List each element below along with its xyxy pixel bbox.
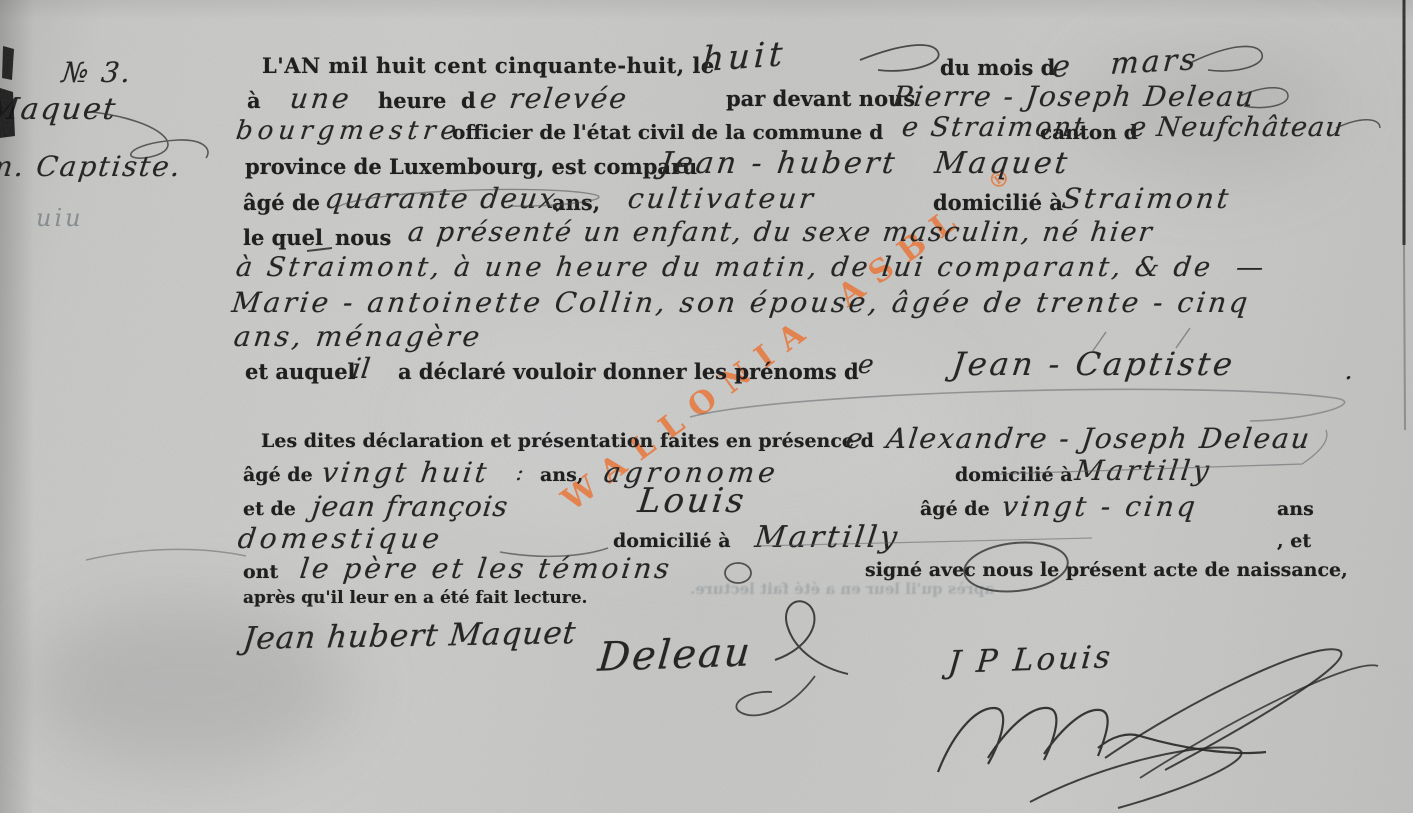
line5-printed-age: âgé de — [243, 192, 320, 214]
line2-hand-officer: Pierre - Joseph Deleau — [891, 82, 1257, 111]
line10-printed-prenoms: a déclaré vouloir donner les prénoms d — [398, 361, 859, 383]
line3-printed-canton: canton d — [1040, 122, 1138, 143]
line9-hand-mother2: ans, ménagère — [232, 322, 484, 351]
line5-hand-domicile: Straimont — [1060, 184, 1233, 213]
officer-signature-flourish — [736, 676, 815, 715]
line15-printed-ont: ont — [243, 563, 278, 583]
line11-printed-declaration: Les dites déclaration et présentation fa… — [261, 432, 874, 452]
line10-printed-auquel: et auquel — [245, 361, 356, 383]
line14-printed-domicile: domicilié à — [613, 532, 731, 552]
line12-hand-age: vingt huit — [320, 458, 491, 487]
signature-loop — [1140, 665, 1378, 778]
line2-hand-hour: une — [288, 84, 353, 113]
pencil-curve — [86, 549, 246, 560]
margin-check-mark: uiu — [36, 206, 84, 231]
hand-flourish — [860, 45, 939, 71]
pencil-ellipse — [690, 389, 1345, 421]
signature-officer: Deleau — [596, 631, 753, 679]
line2-printed-devant: par devant nous — [726, 88, 915, 110]
line12-hand-domicile: Martilly — [1073, 456, 1213, 485]
margin-surname: Maquet — [0, 94, 119, 126]
verso-lecture-line: après qu'il leur en a été fait lecture. — [690, 580, 994, 598]
line11-hand-witness1: e Alexandre - Joseph Deleau — [844, 424, 1313, 453]
line1-hand-day: huit — [701, 37, 787, 79]
line4-hand-declarant: Jean - hubert Maquet — [658, 148, 1072, 180]
line14-hand-domicile: Martilly — [753, 522, 902, 554]
line4-printed-province: province de Luxembourg, est comparu — [245, 156, 697, 178]
line12-hand-dots: : — [515, 462, 525, 485]
line13-printed-age: âgé de — [920, 500, 990, 520]
right-page-edge — [1404, 245, 1405, 430]
line14-printed-et: , et — [1277, 532, 1311, 552]
witness-signature-scrawl — [938, 708, 1266, 772]
line7-hand-birth: à Straimont, à une heure du matin, de lu… — [234, 254, 1268, 282]
hand-flourish — [1192, 46, 1262, 71]
line2-printed-a: à — [247, 90, 261, 112]
line13-printed-ans: ans — [1277, 500, 1314, 520]
witness-signature-scrawl — [1030, 748, 1242, 808]
line13-printed-etde: et de — [243, 500, 296, 520]
line2-hand-relevee: e relevée — [478, 84, 630, 113]
line12-printed-ans: ans, — [540, 466, 583, 486]
line15-hand-signers: le père et les témoins — [298, 554, 673, 583]
document-page: WALLONIA ASBL ® № 3.Maquetm. Captiste.ui… — [0, 0, 1413, 813]
line5-hand-profession: cultivateur — [626, 184, 817, 213]
line1-hand-month: e mars — [1051, 44, 1199, 83]
line12-printed-domicile: domicilié à — [955, 466, 1073, 486]
margin-given-name: m. Captiste. — [0, 152, 184, 181]
line12-printed-age: âgé de — [243, 466, 313, 486]
line5-printed-domicile: domicilié à — [933, 192, 1063, 214]
line5-printed-ans: ans, — [552, 192, 600, 214]
line16-printed-lecture: après qu'il leur en a été fait lecture. — [243, 590, 587, 608]
signature-father: Jean hubert Maquet — [241, 617, 578, 655]
line10-hand-e: e — [856, 352, 875, 379]
line1-printed-year: L'AN mil huit cent cinquante-huit, le — [262, 55, 715, 77]
line3-hand-bourgmestre: bourgmestre — [234, 118, 462, 145]
line6-printed-lequel: le quel — [243, 227, 323, 249]
line10-hand-period: . — [1343, 358, 1355, 385]
line10-hand-childname: Jean - Captiste — [950, 348, 1237, 382]
officer-signature-flourish — [775, 601, 848, 674]
line3-printed-officier: officier de l'état civil de la commune d — [452, 122, 883, 143]
line8-hand-mother: Marie - antoinette Collin, son épouse, â… — [230, 288, 1252, 317]
scan-shadow-top — [0, 0, 1413, 20]
line6-hand-presente: a présenté un enfant, du sexe masculin, … — [406, 219, 1155, 247]
line3-hand-canton: e Neufchâteau — [1128, 114, 1345, 142]
line6-printed-nous: nous — [335, 227, 391, 249]
line2-printed-heure: heure d — [378, 90, 476, 112]
line13-hand-age: vingt - cinq — [1000, 492, 1199, 521]
line1-printed-month: du mois d — [940, 57, 1055, 79]
signature-witness-louis: J P Louis — [947, 641, 1115, 679]
line13-hand-witness2: jean françois — [310, 492, 510, 521]
line10-hand-il: il — [350, 354, 372, 383]
line14-hand-profession: domestique — [236, 524, 445, 553]
act-number: № 3. — [60, 58, 134, 87]
signature-loop — [1105, 649, 1341, 770]
line15-printed-signe: signé avec nous le présent acte de naiss… — [865, 561, 1348, 581]
left-edge-artifact — [2, 46, 14, 80]
line13-hand-witness2b: Louis — [636, 484, 749, 520]
line5-hand-age: quarante deux, — [323, 184, 569, 213]
